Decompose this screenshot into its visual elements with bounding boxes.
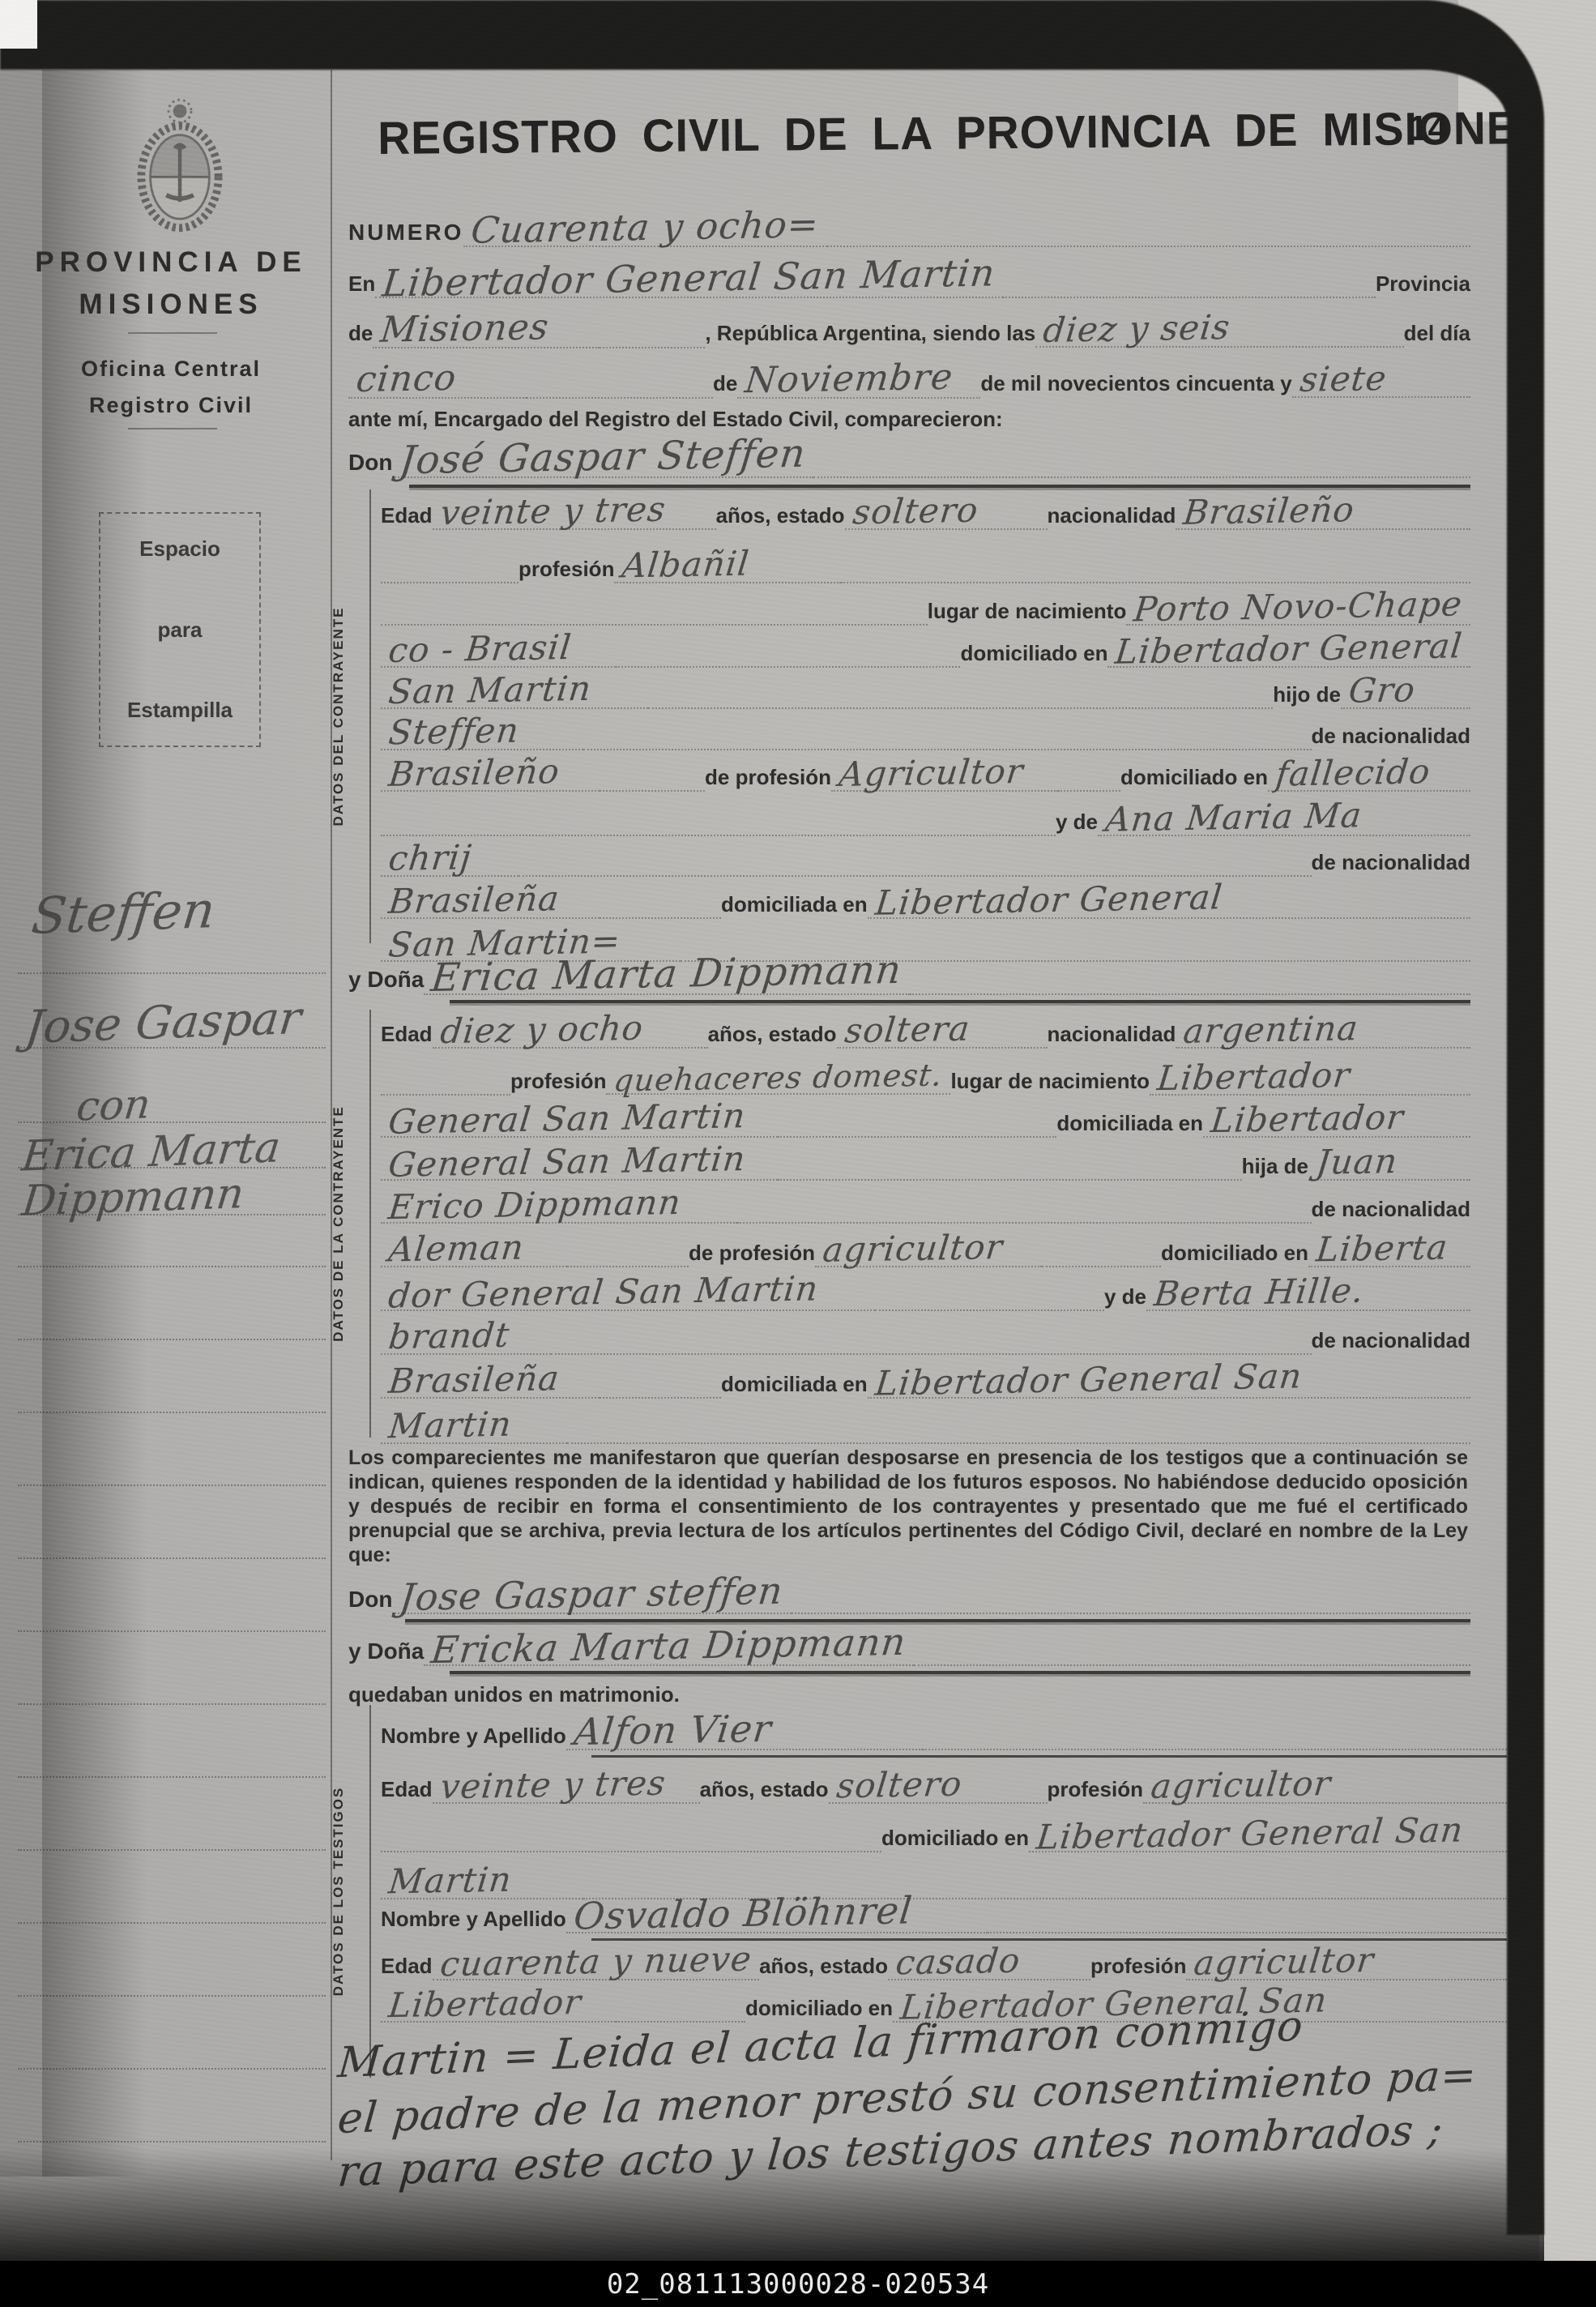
scan-caption-bar: 02_081113000028-020534: [0, 2261, 1596, 2307]
w2-estado-label: años, estado: [759, 1954, 888, 1979]
padre-nac-label: de nacionalidad: [1312, 1197, 1471, 1222]
profesion-value: Albañil: [621, 547, 751, 583]
w1-edad-value: veinte y tres: [438, 1767, 668, 1805]
w1-nombre-value: Alfon Vier: [572, 1710, 774, 1750]
heavy-rule: [409, 485, 1470, 488]
field-line: [910, 987, 1470, 995]
w1-estado-value: soltero: [834, 1767, 963, 1804]
field-line: [567, 1436, 1470, 1444]
estado-label: años, estado: [708, 1022, 837, 1047]
w2-estado-value: casado: [894, 1944, 1022, 1980]
w1-dom-value2: Martin: [387, 1863, 514, 1899]
stamp-box-line3: Estampilla: [127, 698, 233, 723]
del-dia-label: del día: [1404, 321, 1470, 346]
field-line: [381, 828, 1056, 836]
en-label: En: [348, 271, 375, 297]
padre-dom-value2: dor General San Martin: [386, 1271, 820, 1313]
nacimiento-value: Libertador: [1156, 1058, 1352, 1096]
witness-rule: [591, 1755, 1507, 1758]
field-line: [1003, 290, 1376, 298]
field-line: [583, 742, 1312, 750]
bride-section-bracket: DATOS DE LA CONTRAYENTE: [322, 1010, 371, 1438]
field-line: [648, 701, 1273, 709]
heavy-rule: [450, 1671, 1470, 1674]
field-line: [923, 1742, 1507, 1750]
dona-label: y Doña: [348, 967, 424, 993]
bride-section-label: DATOS DE LA CONTRAYENTE: [331, 1105, 347, 1342]
madre-nac-label: de nacionalidad: [1312, 850, 1471, 875]
witnesses-section-bracket: DATOS DE LOS TESTIGOS: [322, 1705, 371, 2078]
padre-nac-label: de nacionalidad: [1312, 724, 1471, 749]
field-line: [616, 660, 960, 668]
padre-nac-value: Aleman: [387, 1231, 526, 1267]
edad-label: Edad: [381, 503, 433, 528]
argentina-coat-of-arms-icon: [123, 94, 237, 238]
padre-dom-label: domiciliado en: [1161, 1241, 1308, 1266]
field-line: [914, 1658, 1470, 1666]
field-line: [875, 1303, 1104, 1311]
padre-prof-label: de profesión: [689, 1241, 815, 1266]
w1-estado-label: años, estado: [700, 1777, 829, 1802]
madre-value: Ana Maria Ma: [1103, 798, 1363, 837]
padre-value2: Steffen: [387, 714, 521, 750]
padre-dom-value: Liberta: [1315, 1231, 1450, 1267]
margin-note-bride-surname: Dippmann: [19, 1169, 246, 1225]
nacimiento-label: lugar de nacimiento: [950, 1069, 1150, 1094]
vow-groom-name: Jose Gaspar steffen: [399, 1572, 786, 1616]
estado-value: soltero: [851, 493, 979, 530]
w1-prof-value: agricultor: [1150, 1767, 1334, 1804]
groom-section-label: DATOS DEL CONTRAYENTE: [331, 607, 347, 827]
padre-value: Gro: [1347, 673, 1418, 707]
year-value: siete: [1298, 361, 1388, 397]
field-line: [737, 1215, 1312, 1224]
domicilio-value: Libertador General: [1114, 629, 1465, 669]
estado-label: años, estado: [716, 503, 845, 528]
madre-value2: brandt: [387, 1318, 512, 1355]
stamp-box-line2: para: [158, 617, 203, 643]
field-line: [600, 1391, 721, 1399]
nacionalidad-label: nacionalidad: [1048, 1022, 1176, 1047]
domicilio-value: Libertador: [1210, 1100, 1406, 1138]
field-line: [600, 340, 705, 348]
margin-note-given-names: Jose Gaspar: [23, 992, 304, 1054]
madre-dom-value: Libertador General: [873, 880, 1224, 920]
vow-dona-label: y Doña: [348, 1638, 424, 1664]
vow-bride-name: Ericka Marta Dippmann: [429, 1623, 908, 1668]
sidebar-rule: [128, 332, 217, 334]
nacionalidad-label: nacionalidad: [1048, 503, 1176, 528]
declaration-paragraph: Los comparecientes me manifestaron que q…: [348, 1446, 1468, 1567]
heavy-rule: [405, 1619, 1470, 1622]
madre-label: y de: [1104, 1284, 1146, 1309]
provincia-label: Provincia: [1376, 271, 1470, 297]
domicilio-value2: San Martin: [387, 672, 594, 709]
madre-dom-label: domiciliada en: [721, 892, 868, 917]
edad-label: Edad: [381, 1022, 433, 1047]
groom-name-value: José Gaspar Steffen: [398, 434, 808, 481]
madre-nac-value: Brasileña: [387, 1361, 561, 1399]
hour-value: diez y seis: [1042, 310, 1232, 348]
vow-don-label: Don: [348, 1587, 392, 1613]
field-line: [381, 1844, 881, 1852]
w1-dom-value: Libertador General San: [1035, 1813, 1465, 1854]
de-label: de: [348, 321, 373, 346]
backdrop-right: [1539, 0, 1596, 2261]
nacimiento-value: Porto Novo-Chape: [1133, 587, 1465, 626]
padre-value2: Erico Dippmann: [386, 1186, 682, 1224]
edad-value: diez y ocho: [438, 1011, 645, 1049]
nacimiento-value2: General San Martin: [386, 1099, 747, 1139]
nacimiento-label: lugar de nacimiento: [928, 599, 1127, 624]
madre-dom-value: Libertador General San: [873, 1359, 1304, 1400]
field-line: [381, 575, 518, 583]
field-line: [792, 1606, 1471, 1614]
padre-prof-value: agricultor: [821, 1230, 1005, 1267]
sidebar-province-line2: MISIONES: [29, 288, 313, 321]
field-line: [841, 575, 1470, 583]
w2-dom-left-value: Libertador: [387, 1985, 583, 2023]
day-value: cinco: [355, 361, 459, 398]
field-line: [778, 1130, 1056, 1138]
profesion-label: profesión: [518, 557, 614, 582]
madre-dom-value2: Martin: [387, 1408, 514, 1444]
estado-value: soltera: [843, 1012, 971, 1049]
sidebar-office-line2: Registro Civil: [29, 393, 313, 418]
field-line: [778, 1173, 1242, 1181]
padre-nac-value: Brasileño: [387, 754, 561, 792]
document-photo: PROVINCIA DE MISIONES Oficina Central Re…: [0, 0, 1596, 2307]
field-line: [551, 1347, 1312, 1355]
field-line: [813, 470, 1470, 478]
nacionalidad-value: argentina: [1182, 1011, 1360, 1049]
hija-de-label: hija de: [1242, 1154, 1308, 1179]
numero-label: NUMERO: [348, 220, 463, 246]
margin-note-con: con: [75, 1080, 153, 1130]
page-bottom-shadow: [0, 2147, 1544, 2261]
nacimiento-value2: co - Brasil: [387, 630, 574, 668]
province-value: Misiones: [379, 310, 551, 348]
madre-value2: chrij: [387, 840, 474, 876]
w1-prof-label: profesión: [1048, 1777, 1143, 1802]
heavy-rule: [450, 1000, 1470, 1003]
w1-edad-label: Edad: [381, 1777, 433, 1802]
w2-nombre-label: Nombre y Apellido: [381, 1907, 566, 1932]
w1-dom-label: domiciliado en: [881, 1826, 1029, 1851]
w2-edad-value: cuarenta y nueve: [438, 1942, 753, 1982]
place-value: Libertador General San Martin: [381, 254, 997, 301]
padre-dom-value: fallecido: [1274, 754, 1432, 791]
madre-nac-value: Brasileña: [387, 882, 561, 919]
padre-dom-label: domiciliado en: [1120, 765, 1268, 790]
profesion-value: quehaceres domest.: [612, 1059, 945, 1096]
field-line: [381, 1087, 510, 1096]
edad-value: veinte y tres: [438, 493, 668, 531]
field-line: [1042, 1259, 1161, 1267]
bride-name-value: Erica Marta Dippmann: [429, 951, 903, 998]
page-number: 14: [1408, 109, 1448, 149]
domicilio-label: domiciliada en: [1056, 1111, 1203, 1136]
field-line: [1058, 784, 1120, 792]
madre-label: y de: [1056, 810, 1098, 835]
numero-value: Cuarenta y ocho=: [470, 206, 821, 248]
witnesses-section-label: DATOS DE LOS TESTIGOS: [331, 1787, 347, 1997]
profesion-label: profesión: [510, 1069, 606, 1094]
united-text: quedaban unidos en matrimonio.: [348, 1682, 680, 1707]
field-line: [600, 784, 705, 792]
year-label: de mil novecientos cincuenta y: [980, 371, 1291, 396]
stamp-box-line1: Espacio: [139, 536, 220, 562]
page-title: REGISTRO CIVIL DE LA PROVINCIA DE MISION…: [378, 103, 1392, 165]
don-label: Don: [348, 450, 392, 476]
republica-label: , República Argentina, siendo las: [705, 321, 1035, 346]
page-gutter-edge: [0, 70, 42, 2177]
field-line: [381, 617, 928, 626]
field-line: [518, 869, 1312, 877]
hijo-de-label: hijo de: [1273, 682, 1341, 707]
groom-section-bracket: DATOS DEL CONTRAYENTE: [322, 489, 371, 943]
nacionalidad-value: Brasileño: [1182, 493, 1356, 530]
padre-value: Juan: [1315, 1144, 1400, 1180]
w2-nombre-value: Osvaldo Blöhnrel: [572, 1891, 914, 1934]
domicilio-value2: General San Martin: [386, 1142, 747, 1182]
margin-note-surname: Steffen: [29, 880, 218, 946]
madre-dom-label: domiciliada en: [721, 1372, 868, 1397]
month-value: Noviembre: [744, 360, 955, 399]
scan-caption-text: 02_081113000028-020534: [607, 2268, 989, 2301]
w1-nombre-label: Nombre y Apellido: [381, 1724, 566, 1749]
w2-dom-label: domiciliado en: [745, 1996, 893, 2021]
field-line: [988, 1925, 1507, 1933]
w2-prof-label: profesión: [1090, 1954, 1186, 1979]
field-line: [600, 911, 721, 919]
field-line: [616, 2014, 745, 2023]
padre-prof-value: Agricultor: [838, 754, 1026, 792]
field-line: [527, 391, 713, 399]
sidebar-office-line1: Oficina Central: [29, 357, 313, 382]
scan-corner-notch: [0, 0, 37, 49]
w2-prof-value: agricultor: [1193, 1943, 1376, 1980]
w2-edad-label: Edad: [381, 1954, 433, 1979]
sidebar-rule: [128, 428, 217, 429]
stamp-space-box: Espacio para Estampilla: [99, 512, 261, 747]
ante-mi-text: ante mí, Encargado del Registro del Esta…: [348, 407, 1003, 432]
de-label2: de: [713, 371, 737, 396]
field-line: [827, 239, 1470, 247]
domicilio-label: domiciliado en: [960, 641, 1107, 666]
sidebar-province-line1: PROVINCIA DE: [29, 246, 313, 279]
madre-value: Berta Hille.: [1153, 1274, 1366, 1311]
padre-prof-label: de profesión: [705, 765, 831, 790]
field-line: [567, 1259, 689, 1267]
madre-nac-label: de nacionalidad: [1312, 1328, 1471, 1353]
